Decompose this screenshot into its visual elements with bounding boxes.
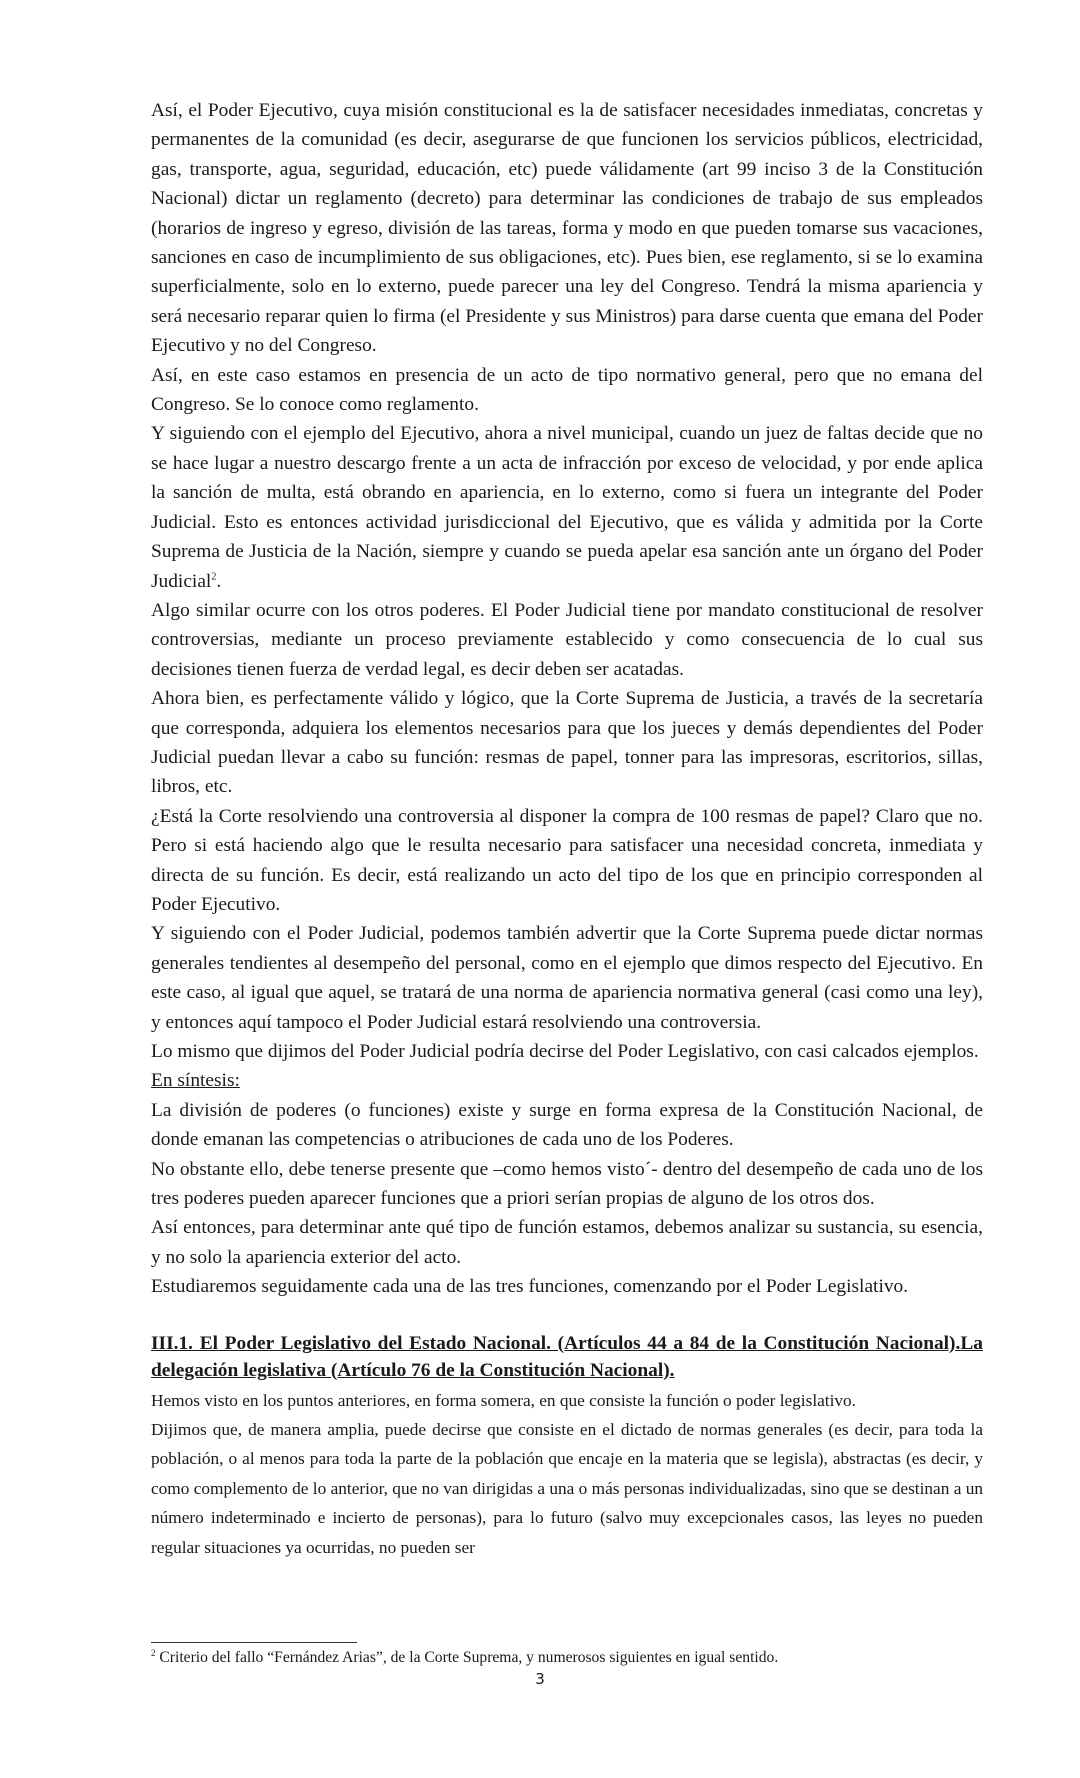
synthesis-label: En síntesis: — [151, 1066, 983, 1095]
footnote: 2 Criterio del fallo “Fernández Arias”, … — [151, 1648, 778, 1668]
section-heading: III.1. El Poder Legislativo del Estado N… — [151, 1330, 983, 1384]
synthesis-paragraph: Así entonces, para determinar ante qué t… — [151, 1213, 983, 1272]
paragraph-juez-de-faltas: Y siguiendo con el ejemplo del Ejecutivo… — [151, 419, 983, 595]
section-paragraph: Hemos visto en los puntos anteriores, en… — [151, 1386, 983, 1415]
footnote-text: Criterio del fallo “Fernández Arias”, de… — [156, 1649, 779, 1666]
page-number: 3 — [0, 1670, 1080, 1688]
paragraph-text: Y siguiendo con el ejemplo del Ejecutivo… — [151, 423, 983, 591]
paragraph-poder-legislativo: Lo mismo que dijimos del Poder Judicial … — [151, 1037, 983, 1066]
synthesis-paragraph: Estudiaremos seguidamente cada una de la… — [151, 1272, 983, 1301]
paragraph-poder-judicial: Algo similar ocurre con los otros podere… — [151, 596, 983, 684]
synthesis-paragraph: La división de poderes (o funciones) exi… — [151, 1096, 983, 1155]
paragraph-normas-generales: Y siguiendo con el Poder Judicial, podem… — [151, 919, 983, 1037]
paragraph-reglamento: Así, en este caso estamos en presencia d… — [151, 361, 983, 420]
paragraph-resmas: ¿Está la Corte resolviendo una controver… — [151, 802, 983, 920]
synthesis-paragraph: No obstante ello, debe tenerse presente … — [151, 1155, 983, 1214]
section-paragraph: Dijimos que, de manera amplia, puede dec… — [151, 1415, 983, 1562]
document-page: Así, el Poder Ejecutivo, cuya misión con… — [151, 96, 983, 1562]
paragraph-corte-suprema: Ahora bien, es perfectamente válido y ló… — [151, 684, 983, 802]
footnote-divider — [151, 1642, 357, 1643]
punctuation: . — [216, 571, 221, 592]
paragraph-ejecutivo-reglamento: Así, el Poder Ejecutivo, cuya misión con… — [151, 96, 983, 361]
